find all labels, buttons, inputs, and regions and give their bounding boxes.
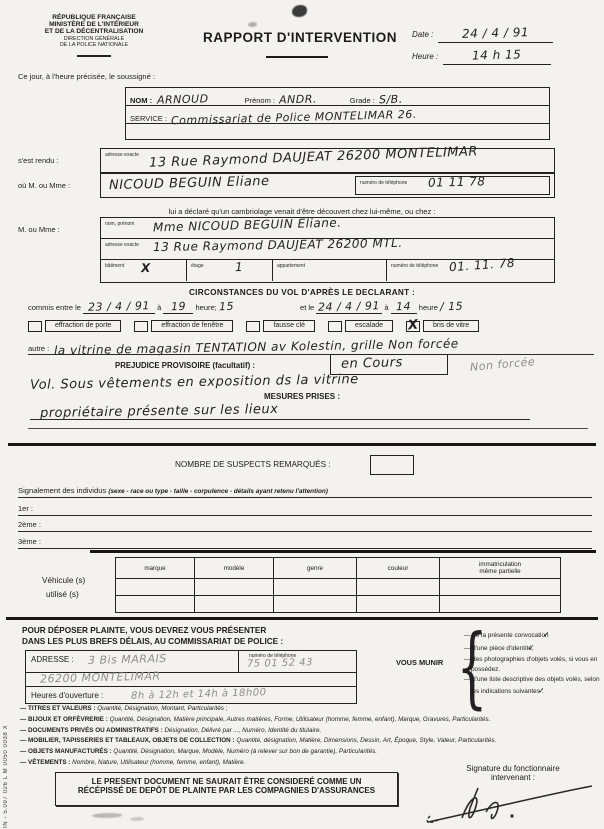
scan-artifact — [248, 22, 257, 27]
checkbox-label: fausse clé — [263, 320, 315, 332]
vehicule-table: marque modèle genre couleur immatriculat… — [115, 557, 561, 613]
vehicule-row — [116, 596, 561, 613]
adresse-exacte-tag: adresse exacte — [105, 152, 139, 158]
scanned-report-page: RÉPUBLIQUE FRANÇAISE MINISTÈRE DE L'INTÉ… — [0, 0, 604, 829]
agency-line: DE LA POLICE NATIONALE — [14, 42, 174, 48]
checkbox-escalade: escalade — [328, 320, 393, 332]
officer-box: NOM : ARNOUD Prénom : ANDR. Grade : S/B.… — [125, 87, 550, 140]
ville-row: 26200 MONTELIMAR — [26, 673, 356, 687]
notice-line1: LE PRESENT DOCUMENT NE SAURAIT ÊTRE CONS… — [56, 777, 397, 786]
vehicule-label2: utilisé (s) — [46, 590, 79, 599]
title-underline — [266, 56, 328, 58]
ville-value: 26200 MONTELIMAR — [40, 669, 161, 685]
date2-value: 24 / 4 / 91 — [318, 299, 380, 314]
form-reference-code: IN - 5.097 026 L M 0050 0038 X — [3, 688, 9, 828]
category-detail: Désignation, Délivré par ..., Numéro, Id… — [164, 727, 321, 734]
check-mark: ✓ — [545, 685, 546, 697]
checkbox-square — [134, 321, 148, 332]
section-divider — [8, 443, 596, 446]
munir-text: — des photographies d'objets volés, si v… — [464, 656, 597, 673]
mesures-line: propriétaire présente sur les lieux — [30, 402, 530, 420]
cell — [195, 579, 274, 596]
plainte-line2: DANS LES PLUS BREFS DÉLAIS, AU COMMISSAR… — [22, 637, 283, 646]
agency-line: ET DE LA DÉCENTRALISATION — [14, 28, 174, 35]
appartement-tag: appartement — [277, 263, 305, 269]
category-detail: Quantité, Désignation, Montant, Particul… — [97, 705, 227, 712]
cell — [440, 596, 561, 613]
signalement-hint: (sexe - race ou type - taille - corpulen… — [108, 488, 328, 495]
suspect-row-2: 2ème : — [18, 514, 592, 532]
service-label: SERVICE : — [130, 114, 167, 123]
checkbox-square — [328, 321, 342, 332]
notice-line2: RÉCÉPISSÉ DE DEPÔT DE PLAINTE PAR LES CO… — [56, 786, 397, 795]
circonstances-title: CIRCONSTANCES DU VOL D'APRÈS LE DECLARAN… — [0, 288, 604, 297]
mesures-detail: propriétaire présente sur les lieux — [40, 402, 279, 421]
cell — [357, 596, 440, 613]
checkbox-square: X — [406, 321, 420, 332]
date-label: Date : — [412, 30, 433, 39]
adresse-exacte-tag: adresse exacte — [105, 242, 139, 248]
checkbox-label: effraction de porte — [45, 320, 121, 332]
check-mark: ✓ — [550, 629, 551, 641]
ou-tel-cell: numéro de téléphone 01 11 78 — [355, 176, 550, 195]
heure-field: Heure : 14 h 15 — [412, 46, 592, 65]
checkbox-label: escalade — [345, 320, 393, 332]
victime-row-nom: nom, prénom Mme NICOUD BEGUIN Eliane. — [101, 218, 554, 239]
heures-value: 8h à 12h et 14h à 18h00 — [131, 687, 267, 702]
signalement-label: Signalement des individus (sexe - race o… — [18, 486, 328, 495]
munir-item: — d'une liste descriptive des objets vol… — [464, 675, 602, 697]
heure-label: Heure : — [412, 52, 438, 61]
commis-line: commis entre le 23 / 4 / 91 à 19 heure; … — [28, 300, 594, 314]
munir-text: — d'une pièce d'identité, — [464, 645, 534, 652]
checkbox-square — [246, 321, 260, 332]
munir-list: — de la présente convocation ✓ — d'une p… — [464, 629, 602, 698]
heures-row: Heures d'ouverture : 8h à 12h et 14h à 1… — [26, 687, 356, 705]
cell — [116, 596, 195, 613]
victime-label: M. ou Mme : — [18, 225, 60, 234]
batiment-cell: bâtiment X — [101, 260, 187, 281]
adresse-label: ADRESSE : — [31, 655, 74, 664]
category-name: — DOCUMENTS PRIVÉS OU ADMINISTRATIFS : — [20, 727, 163, 734]
commis-prefix: commis entre le — [28, 303, 81, 312]
suspects-count-box — [370, 455, 414, 475]
officer-row-service: SERVICE : Commissariat de Police MONTELI… — [126, 106, 549, 124]
suspect-row-3: 3ème : — [18, 531, 592, 549]
a-label: à — [157, 303, 161, 312]
col-modele: modèle — [195, 558, 274, 579]
munir-item: — d'une pièce d'identité, ✓ — [464, 642, 602, 654]
rendu-box: adresse exacte 13 Rue Raymond DAUJEAT 26… — [100, 148, 555, 173]
check-mark: X — [407, 317, 419, 333]
suspect-row-label: 1er : — [18, 504, 33, 513]
officer-row-empty — [126, 124, 549, 138]
nom-value: ARNOUD — [156, 92, 208, 106]
signalement-text: Signalement des individus — [18, 486, 106, 495]
vehicule-header-row: marque modèle genre couleur immatriculat… — [116, 558, 561, 579]
col-immatriculation: immatriculation même partielle — [440, 558, 561, 579]
category-name: — MOBILIER, TAPISSERIES ET TABLEAUX, OBJ… — [20, 737, 235, 744]
category-item: — BIJOUX ET ORFÈVRERIE : Quantité, Désig… — [20, 715, 592, 725]
intro-line: Ce jour, à l'heure précisée, le soussign… — [18, 72, 155, 81]
check-mark: ✓ — [535, 642, 536, 654]
victime-adresse-value: 13 Rue Raymond DAUJEAT 26200 MTL. — [153, 236, 403, 254]
prejudice-detail: Vol. Sous vêtements en exposition ds la … — [30, 372, 359, 393]
ou-tel-value: 01 11 78 — [428, 174, 486, 189]
etage-value: 1 — [235, 260, 244, 274]
rendu-label: s'est rendu : — [18, 156, 59, 165]
etle-label: et le — [300, 303, 314, 312]
category-item: — TITRES ET VALEURS : Quantité, Désignat… — [20, 704, 592, 714]
section-divider — [90, 550, 596, 553]
checkbox-effraction-fenetre: effraction de fenêtre — [134, 320, 233, 332]
date-field: Date : 24 / 4 / 91 — [412, 24, 592, 43]
signature — [420, 778, 598, 826]
etage-tag: étage — [191, 263, 204, 269]
grade-value: S/B. — [379, 93, 403, 107]
suspect-row-label: 2ème : — [18, 520, 41, 529]
blank-rule — [28, 428, 588, 429]
col-genre: genre — [274, 558, 357, 579]
heure2-value: 14 — [396, 300, 411, 313]
signature-label-line1: Signature du fonctionnaire — [428, 764, 598, 773]
prejudice-note: Non forcée — [470, 355, 536, 374]
nom-prenom-tag: nom, prénom — [105, 221, 134, 227]
adresse-value: 3 Bis MARAIS — [88, 652, 167, 667]
cell — [116, 579, 195, 596]
checkbox-fausse-cle: fausse clé — [246, 320, 315, 332]
min1-value: 15 — [219, 300, 234, 313]
col-couleur: couleur — [357, 558, 440, 579]
batiment-tag: bâtiment — [105, 263, 124, 269]
date1-value: 23 / 4 / 91 — [88, 299, 150, 314]
category-detail: Nombre, Nature, Utilisateur (homme, femm… — [72, 759, 245, 766]
scan-artifact — [92, 813, 122, 818]
cell — [274, 596, 357, 613]
tel-tag: numéro de téléphone — [360, 180, 407, 186]
ou-label: où M. ou Mme : — [18, 181, 70, 190]
officer-row-nom: NOM : ARNOUD Prénom : ANDR. Grade : S/B. — [126, 88, 549, 106]
tel-tag: numéro de téléphone — [391, 263, 438, 269]
category-name: — VÊTEMENTS : — [20, 759, 70, 766]
category-name: — TITRES ET VALEURS : — [20, 705, 95, 712]
agency-rule — [77, 55, 111, 57]
autre-label: autre : — [28, 344, 49, 353]
category-item: — MOBILIER, TAPISSERIES ET TABLEAUX, OBJ… — [20, 736, 592, 746]
prejudice-value: en Cours — [341, 355, 403, 372]
mesures-title: MESURES PRISES : — [0, 392, 604, 401]
vous-munir-label: VOUS MUNIR — [396, 658, 443, 667]
category-item: — OBJETS MANUFACTURÉS : Quantité, Désign… — [20, 747, 592, 757]
nom-label: NOM : — [130, 96, 152, 105]
category-name: — OBJETS MANUFACTURÉS : — [20, 748, 112, 755]
munir-item: — de la présente convocation ✓ — [464, 629, 602, 641]
munir-item: — des photographies d'objets volés, si v… — [464, 655, 602, 674]
vehicule-label: Véhicule (s) — [42, 576, 85, 585]
cell — [274, 579, 357, 596]
heure1-label: heure; — [195, 303, 216, 312]
suspect-row-label: 3ème : — [18, 537, 41, 546]
appartement-cell: appartement — [273, 260, 387, 281]
rendu-adresse-value: 13 Rue Raymond DAUJEAT 26200 MONTELIMAR — [149, 144, 478, 170]
category-item: — DOCUMENTS PRIVÉS OU ADMINISTRATIFS : D… — [20, 726, 592, 736]
scan-artifact — [292, 5, 307, 17]
ou-nom-value: NICOUD BEGUIN Eliane — [109, 174, 270, 193]
prenom-label: Prénom : — [245, 96, 275, 105]
checkbox-square — [28, 321, 42, 332]
checkbox-label: effraction de fenêtre — [151, 320, 233, 332]
checkbox-label: bris de vitre — [423, 320, 479, 332]
batiment-mark: X — [141, 261, 151, 275]
munir-text: — de la présente convocation — [464, 632, 549, 639]
victime-box: nom, prénom Mme NICOUD BEGUIN Eliane. ad… — [100, 217, 555, 283]
etage-cell: étage 1 — [187, 260, 273, 281]
adresse-box: ADRESSE : 3 Bis MARAIS numéro de télépho… — [25, 650, 357, 704]
grade-label: Grade : — [350, 96, 375, 105]
prejudice-label: PREJUDICE PROVISOIRE (facultatif) : — [115, 361, 255, 370]
ou-box: NICOUD BEGUIN Eliane numéro de téléphone… — [100, 173, 555, 198]
min2-value: / 15 — [440, 300, 464, 314]
cell — [440, 579, 561, 596]
notice-box: LE PRESENT DOCUMENT NE SAURAIT ÊTRE CONS… — [55, 772, 398, 806]
cell — [195, 596, 274, 613]
victime-tel-cell: numéro de téléphone 01. 11. 78 — [387, 260, 554, 281]
agency-block: RÉPUBLIQUE FRANÇAISE MINISTÈRE DE L'INTÉ… — [14, 14, 174, 57]
munir-text: — d'une liste descriptive des objets vol… — [464, 676, 600, 695]
checkbox-effraction-porte: effraction de porte — [28, 320, 121, 332]
prenom-value: ANDR. — [279, 93, 317, 107]
a2-label: à — [384, 303, 388, 312]
heures-label: Heures d'ouverture : — [31, 691, 103, 700]
victime-row-cells: bâtiment X étage 1 appartement numéro de… — [101, 260, 554, 281]
heure-value: 14 h 15 — [472, 47, 522, 62]
section-divider — [6, 617, 598, 620]
scan-artifact — [130, 817, 144, 821]
autre-line: autre : la vitrine de magasin TENTATION … — [28, 338, 594, 355]
effraction-checkboxes: effraction de porte effraction de fenêtr… — [28, 320, 492, 332]
heure2-label: heure — [419, 303, 438, 312]
heure1-value: 19 — [171, 300, 186, 313]
plainte-tel-value: 75 01 52 43 — [247, 657, 313, 670]
category-detail: Quantité, Désignation, Matière principal… — [110, 716, 491, 723]
plainte-line1: POUR DÉPOSER PLAINTE, VOUS DEVREZ VOUS P… — [22, 626, 266, 635]
col-marque: marque — [116, 558, 195, 579]
declaration-line: lui a déclaré qu'un cambriolage venait d… — [0, 207, 604, 216]
checkbox-bris-de-vitre: X bris de vitre — [406, 320, 479, 332]
vehicule-row — [116, 579, 561, 596]
plainte-tel-cell: numéro de téléphone 75 01 52 43 — [238, 651, 356, 672]
cell — [357, 579, 440, 596]
category-detail: Quantité, désignation, Matière, Dimensio… — [236, 737, 496, 744]
date-value: 24 / 4 / 91 — [462, 25, 529, 41]
agency-line: MINISTÈRE DE L'INTÉRIEUR — [14, 21, 174, 28]
suspects-count-label: NOMBRE DE SUSPECTS REMARQUÉS : — [175, 460, 331, 469]
adresse-row: ADRESSE : 3 Bis MARAIS numéro de télépho… — [26, 651, 356, 673]
page-title: RAPPORT D'INTERVENTION — [185, 30, 415, 45]
agency-line: RÉPUBLIQUE FRANÇAISE — [14, 14, 174, 21]
categories-list: — TITRES ET VALEURS : Quantité, Désignat… — [20, 704, 592, 769]
category-detail: Quantité, Désignation, Marque, Modèle, N… — [113, 748, 377, 755]
category-name: — BIJOUX ET ORFÈVRERIE : — [20, 716, 108, 723]
victime-nom-value: Mme NICOUD BEGUIN Eliane. — [153, 216, 342, 235]
